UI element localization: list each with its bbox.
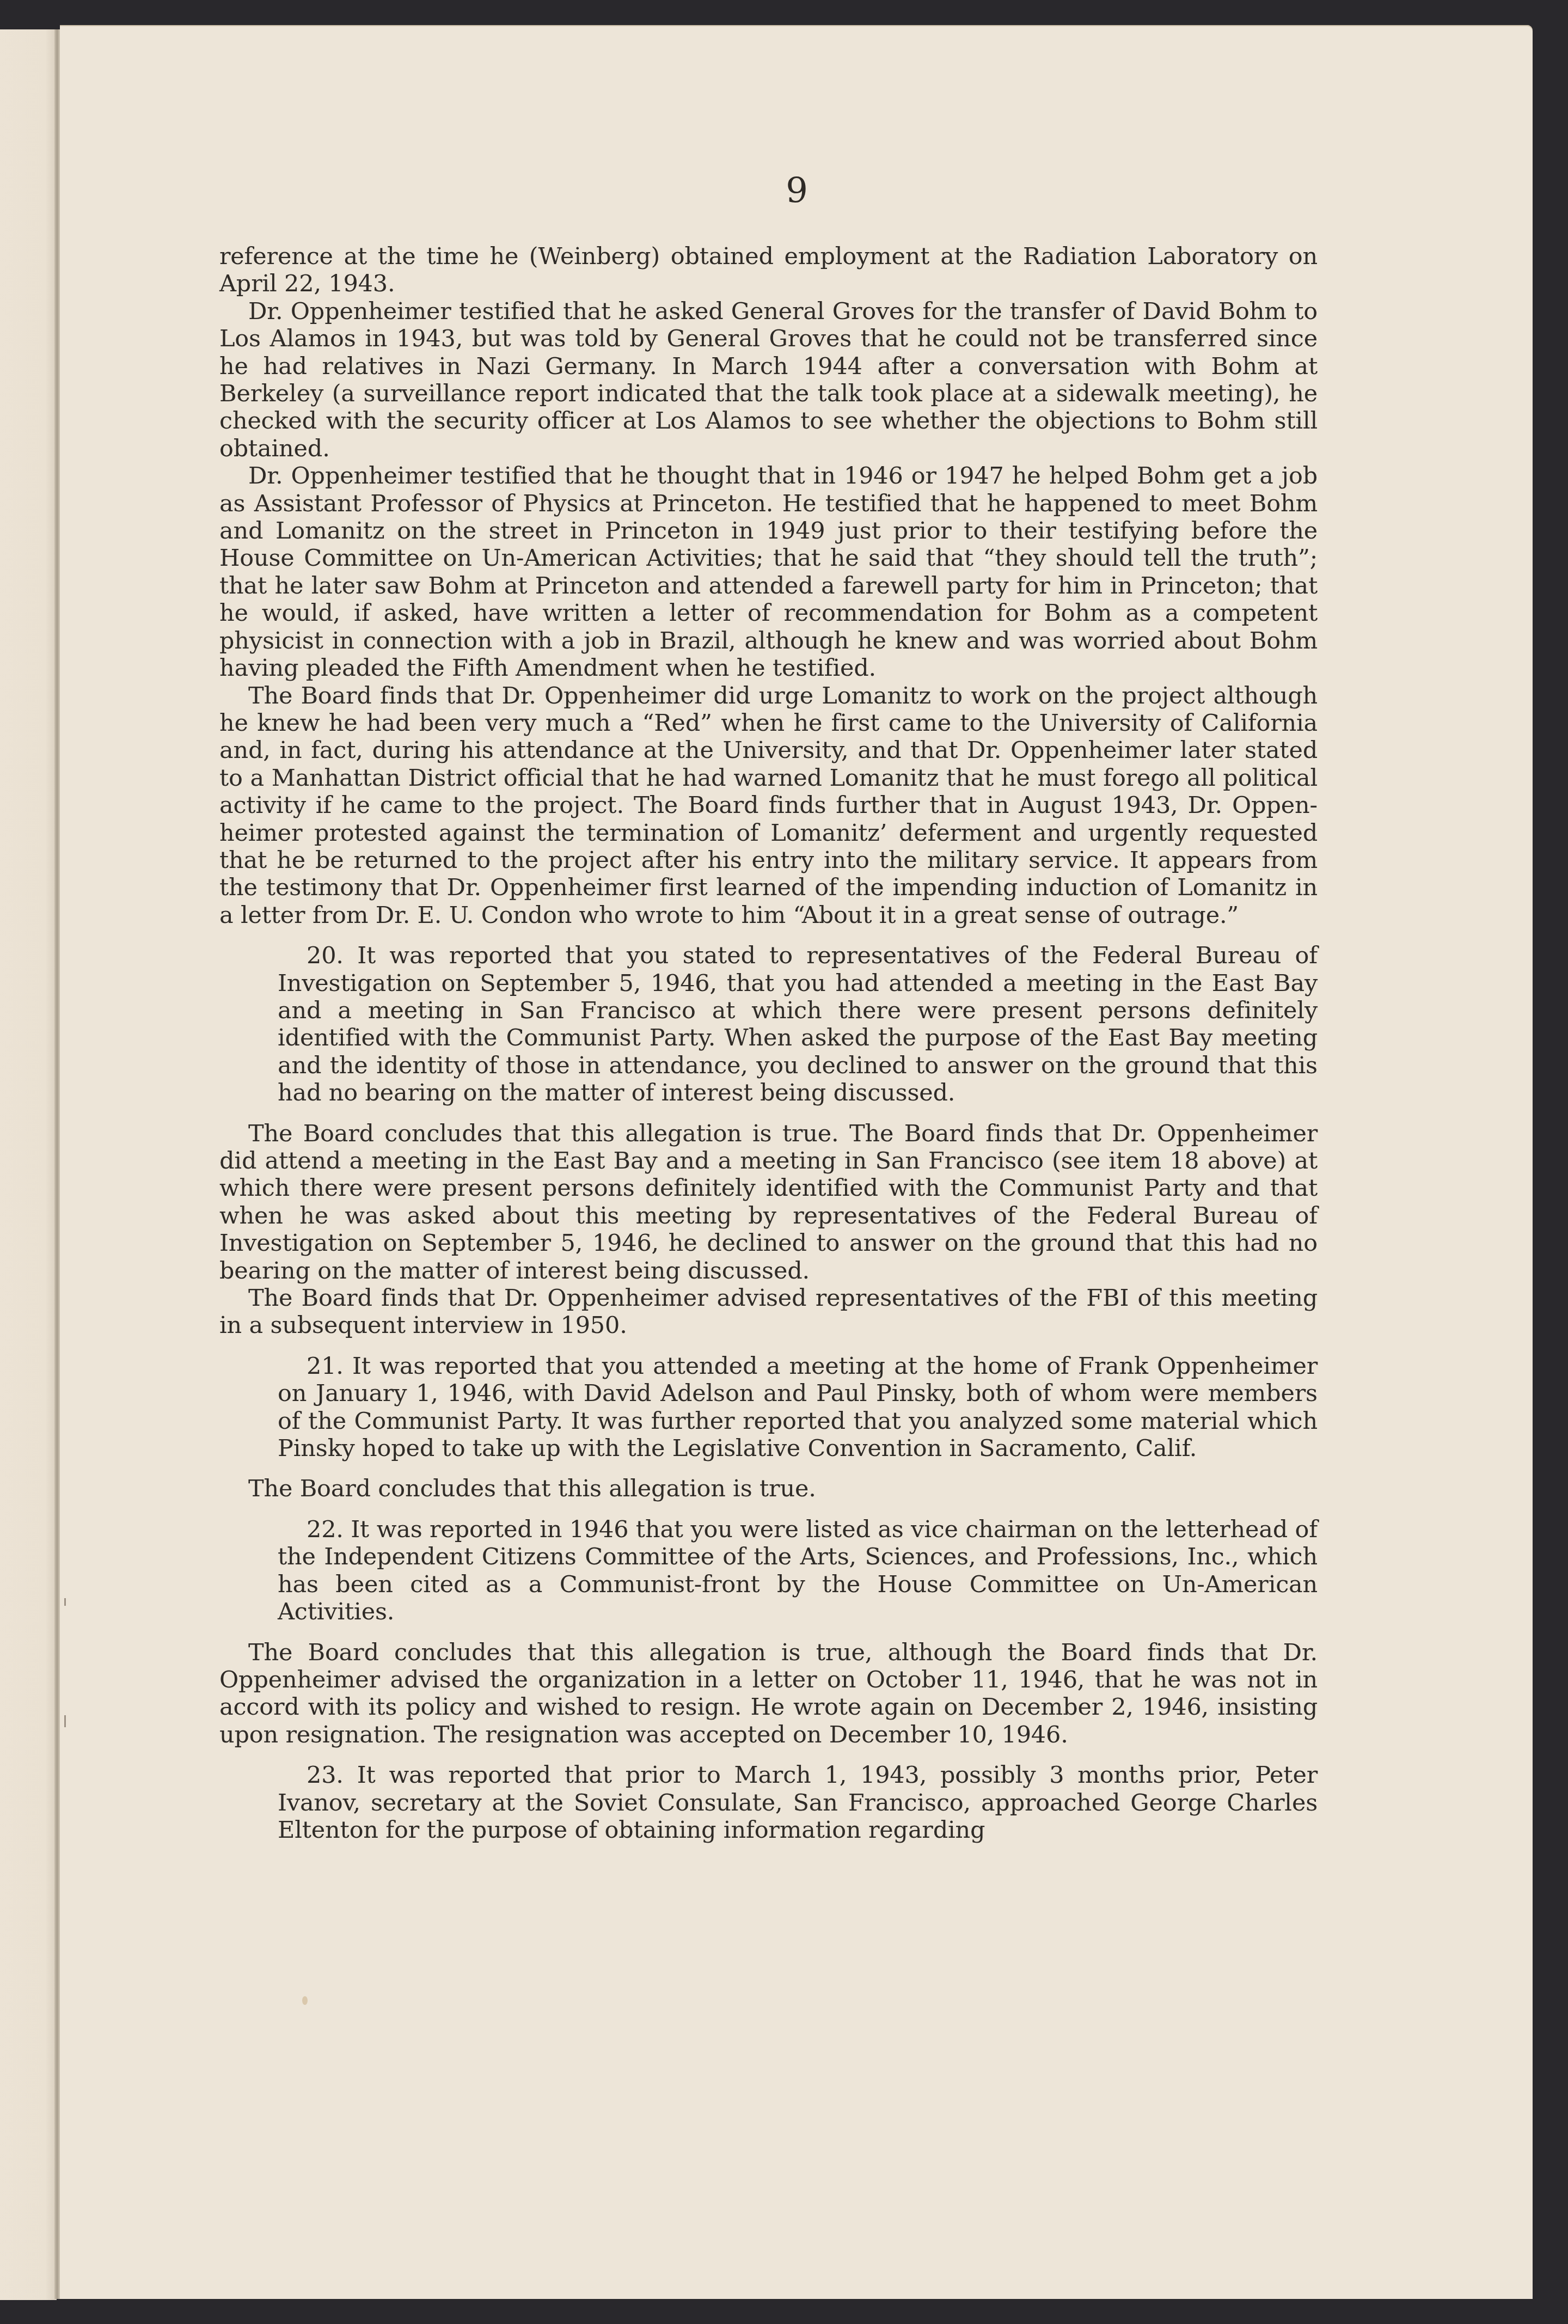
margin-mark [64, 1598, 66, 1606]
allegation-21: 21. It was reported that you attended a … [278, 1353, 1318, 1463]
paragraph-bohm-princeton: Dr. Oppenheimer testified that he though… [219, 462, 1318, 682]
paragraph-board-finds-lomanitz: The Board finds that Dr. Oppenheimer did… [219, 682, 1318, 929]
paragraph-weinberg-reference: reference at the time he (Weinberg) obta… [219, 243, 1318, 298]
paragraph-bohm-transfer: Dr. Oppenheimer testified that he asked … [219, 298, 1318, 462]
paragraph-board-finds-fbi-1950: The Board finds that Dr. Oppenheimer adv… [219, 1285, 1318, 1340]
body-text: reference at the time he (Weinberg) obta… [219, 243, 1318, 1857]
allegation-23: 23. It was reported that prior to March … [278, 1762, 1318, 1844]
previous-page-edge [0, 29, 57, 2300]
paragraph-board-concludes-22: The Board concludes that this allegation… [219, 1639, 1318, 1749]
paper-stain [302, 1996, 308, 2005]
margin-mark [64, 1715, 66, 1727]
allegation-22: 22. It was reported in 1946 that you wer… [278, 1516, 1318, 1626]
binding-gutter [54, 29, 60, 2299]
paragraph-board-concludes-21: The Board concludes that this allegation… [219, 1475, 1318, 1502]
document-page: 9 reference at the time he (Weinberg) ob… [60, 25, 1533, 2299]
allegation-20: 20. It was reported that you stated to r… [278, 942, 1318, 1106]
page-number: 9 [60, 171, 1533, 211]
paragraph-board-concludes-20: The Board concludes that this allegation… [219, 1120, 1318, 1285]
